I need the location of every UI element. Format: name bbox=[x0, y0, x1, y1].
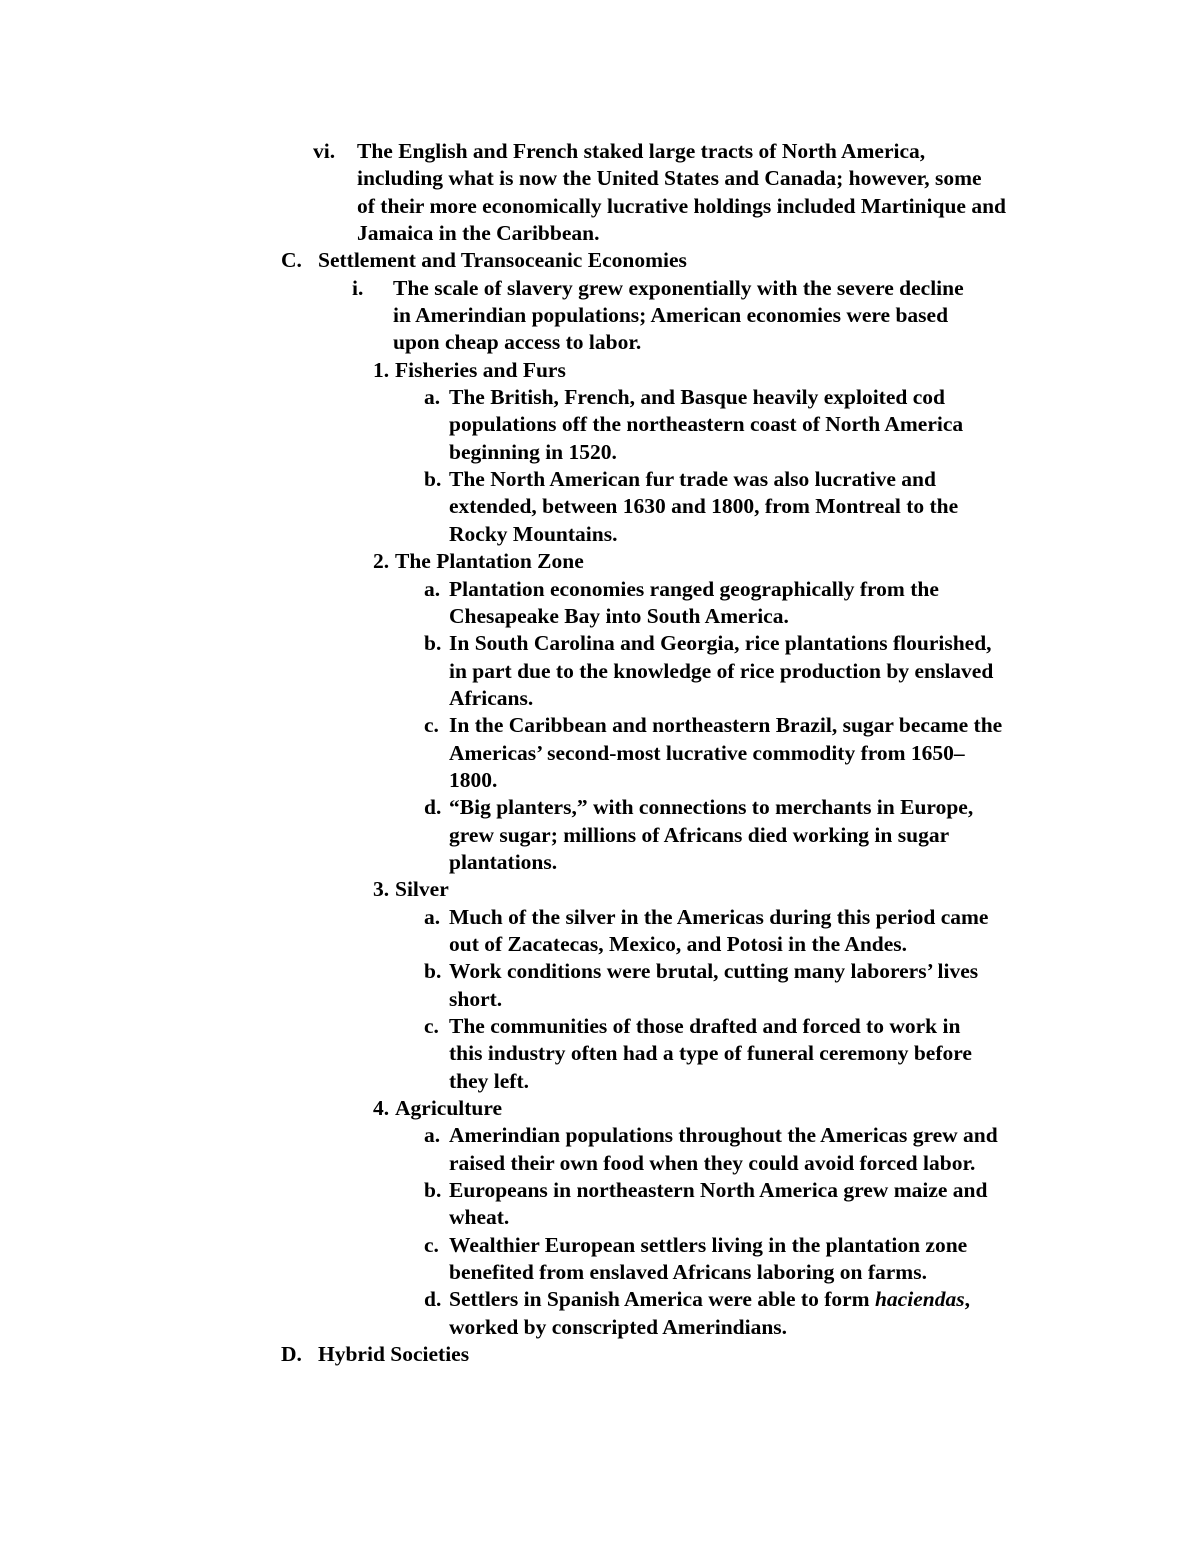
list-marker: b. bbox=[424, 466, 441, 493]
outline-item: d. Settlers in Spanish America were able… bbox=[0, 1286, 1200, 1341]
list-marker: 2. bbox=[373, 548, 389, 575]
list-marker: d. bbox=[424, 1286, 441, 1313]
item-text: Wealthier European settlers living in th… bbox=[449, 1232, 1200, 1287]
list-marker: D. bbox=[281, 1341, 302, 1368]
outline-item: vi. The English and French staked large … bbox=[0, 138, 1200, 247]
list-marker: vi. bbox=[313, 138, 335, 165]
italic-term: haciendas bbox=[875, 1287, 965, 1311]
list-marker: 4. bbox=[373, 1095, 389, 1122]
item-text: Europeans in northeastern North America … bbox=[449, 1177, 1200, 1232]
item-text: Silver bbox=[395, 876, 1200, 903]
item-text: The Plantation Zone bbox=[395, 548, 1200, 575]
outline-item: a. The British, French, and Basque heavi… bbox=[0, 384, 1200, 466]
outline-item: b. Europeans in northeastern North Ameri… bbox=[0, 1177, 1200, 1232]
item-text: Plantation economies ranged geographical… bbox=[449, 576, 1200, 631]
list-marker: 1. bbox=[373, 357, 389, 384]
list-marker: i. bbox=[352, 275, 363, 302]
outline-item: a. Much of the silver in the Americas du… bbox=[0, 904, 1200, 959]
list-marker: c. bbox=[424, 712, 439, 739]
list-marker: a. bbox=[424, 384, 440, 411]
list-marker: c. bbox=[424, 1232, 439, 1259]
item-text: The communities of those drafted and for… bbox=[449, 1013, 1200, 1095]
item-text: Much of the silver in the Americas durin… bbox=[449, 904, 1200, 959]
outline-item: 4. Agriculture bbox=[0, 1095, 1200, 1122]
outline-item: b. The North American fur trade was also… bbox=[0, 466, 1200, 548]
item-text: “Big planters,” with connections to merc… bbox=[449, 794, 1200, 876]
list-marker: 3. bbox=[373, 876, 389, 903]
list-marker: b. bbox=[424, 630, 441, 657]
item-text: The British, French, and Basque heavily … bbox=[449, 384, 1200, 466]
outline-item: c. Wealthier European settlers living in… bbox=[0, 1232, 1200, 1287]
document-page: vi. The English and French staked large … bbox=[0, 0, 1200, 1553]
list-marker: a. bbox=[424, 904, 440, 931]
outline-item: a. Amerindian populations throughout the… bbox=[0, 1122, 1200, 1177]
item-text: In the Caribbean and northeastern Brazil… bbox=[449, 712, 1200, 794]
outline-item: 2. The Plantation Zone bbox=[0, 548, 1200, 575]
outline-list: vi. The English and French staked large … bbox=[0, 138, 1200, 1368]
item-text: Amerindian populations throughout the Am… bbox=[449, 1122, 1200, 1177]
list-marker: a. bbox=[424, 1122, 440, 1149]
item-text: Work conditions were brutal, cutting man… bbox=[449, 958, 1200, 1013]
outline-item: 3. Silver bbox=[0, 876, 1200, 903]
item-text: Settlement and Transoceanic Economies bbox=[318, 247, 1200, 274]
item-text: Settlers in Spanish America were able to… bbox=[449, 1286, 1200, 1341]
outline-item: c. In the Caribbean and northeastern Bra… bbox=[0, 712, 1200, 794]
outline-item: i. The scale of slavery grew exponential… bbox=[0, 275, 1200, 357]
outline-item: 1. Fisheries and Furs bbox=[0, 357, 1200, 384]
outline-item: d. “Big planters,” with connections to m… bbox=[0, 794, 1200, 876]
outline-item: D. Hybrid Societies bbox=[0, 1341, 1200, 1368]
text-part: Settlers in Spanish America were able to… bbox=[449, 1287, 875, 1311]
list-marker: c. bbox=[424, 1013, 439, 1040]
outline-item: a. Plantation economies ranged geographi… bbox=[0, 576, 1200, 631]
item-text: Hybrid Societies bbox=[318, 1341, 1200, 1368]
outline-item: c. The communities of those drafted and … bbox=[0, 1013, 1200, 1095]
item-text: The North American fur trade was also lu… bbox=[449, 466, 1200, 548]
outline-item: b. In South Carolina and Georgia, rice p… bbox=[0, 630, 1200, 712]
list-marker: b. bbox=[424, 958, 441, 985]
list-marker: C. bbox=[281, 247, 302, 274]
outline-item: b. Work conditions were brutal, cutting … bbox=[0, 958, 1200, 1013]
item-text: The scale of slavery grew exponentially … bbox=[393, 275, 1200, 357]
outline-item: C. Settlement and Transoceanic Economies bbox=[0, 247, 1200, 274]
list-marker: a. bbox=[424, 576, 440, 603]
list-marker: d. bbox=[424, 794, 441, 821]
item-text: Agriculture bbox=[395, 1095, 1200, 1122]
item-text: The English and French staked large trac… bbox=[357, 138, 1200, 247]
item-text: In South Carolina and Georgia, rice plan… bbox=[449, 630, 1200, 712]
item-text: Fisheries and Furs bbox=[395, 357, 1200, 384]
list-marker: b. bbox=[424, 1177, 441, 1204]
